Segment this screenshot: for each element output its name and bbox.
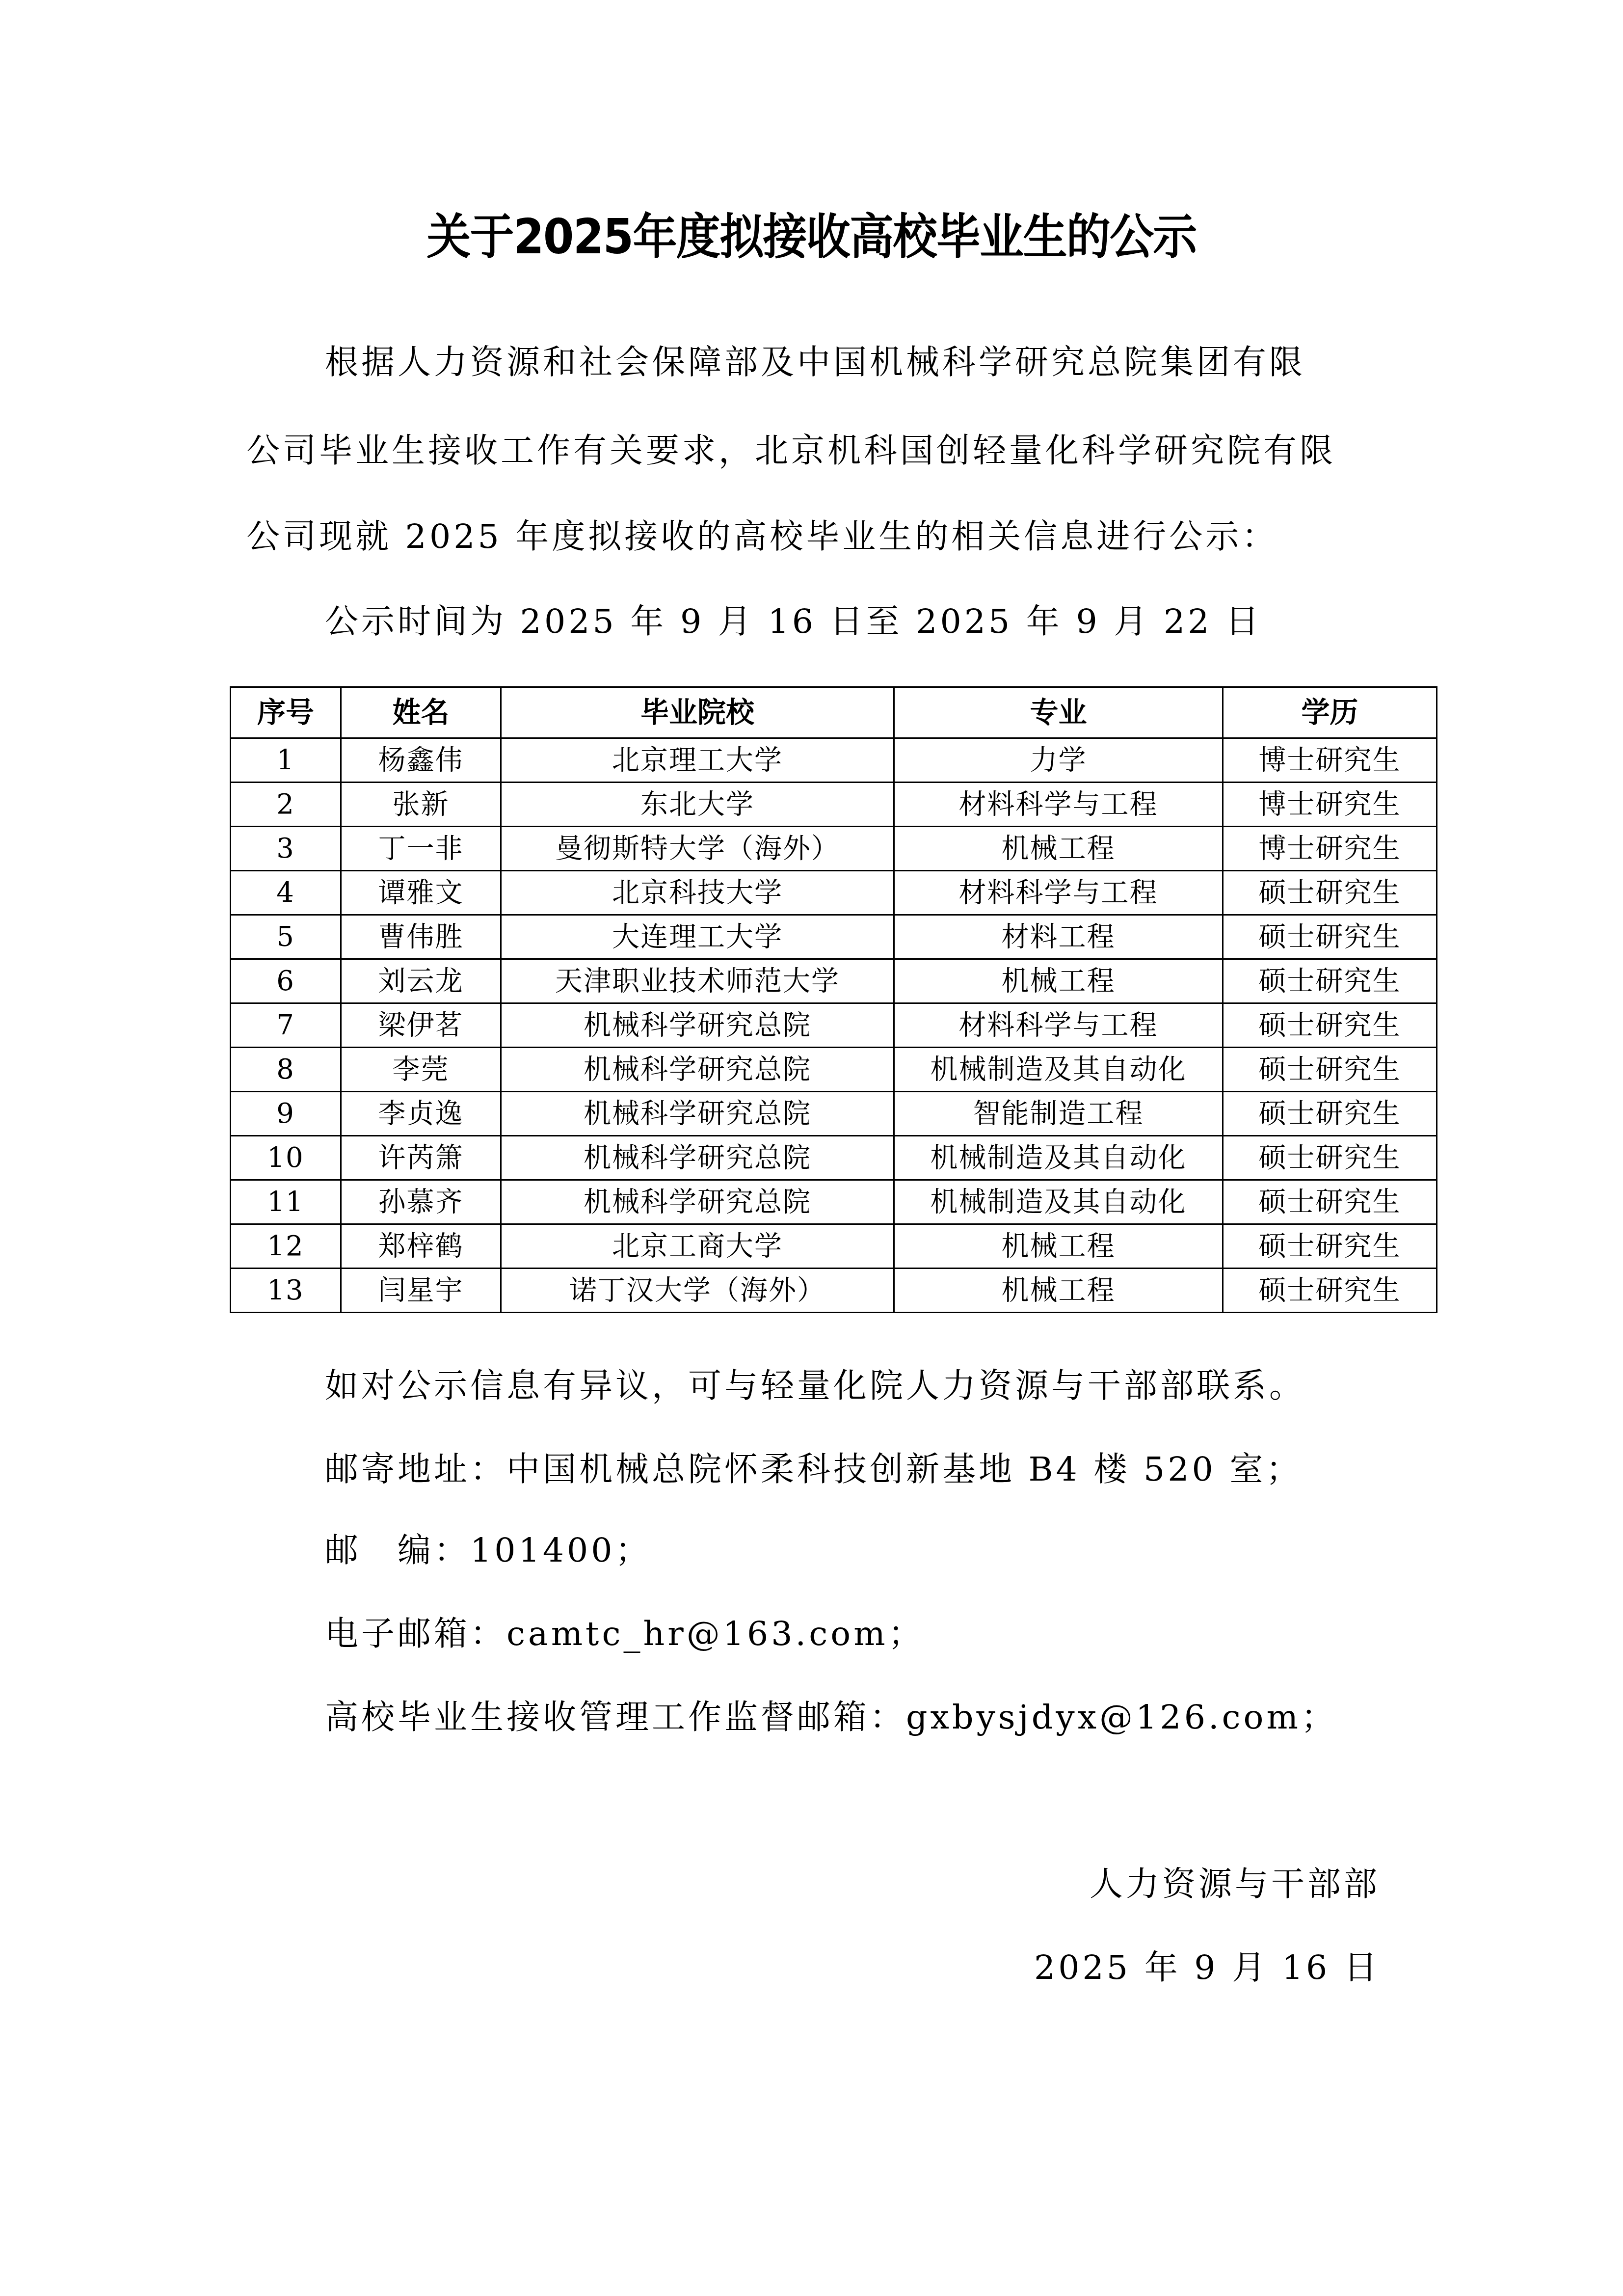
cell-index: 5 xyxy=(231,915,341,959)
cell-major: 机械工程 xyxy=(894,1224,1223,1269)
cell-major: 机械工程 xyxy=(894,1269,1223,1313)
cell-name: 孙慕齐 xyxy=(341,1180,501,1224)
signature-date: 2025 年 9 月 16 日 xyxy=(1034,1949,1380,1987)
cell-degree: 硕士研究生 xyxy=(1223,1003,1437,1048)
cell-major: 机械制造及其自动化 xyxy=(894,1136,1223,1180)
table-header-row: 序号 姓名 毕业院校 专业 学历 xyxy=(231,687,1437,738)
cell-name: 李莞 xyxy=(341,1048,501,1092)
cell-index: 1 xyxy=(231,738,341,783)
cell-major: 力学 xyxy=(894,738,1223,783)
mailing-address: 邮寄地址：中国机械总院怀柔科技创新基地 B4 楼 520 室； xyxy=(325,1451,1454,1489)
cell-degree: 博士研究生 xyxy=(1223,827,1437,871)
cell-degree: 博士研究生 xyxy=(1223,783,1437,827)
table-row: 13闫星宇诺丁汉大学（海外）机械工程硕士研究生 xyxy=(231,1269,1437,1313)
table-row: 6刘云龙天津职业技术师范大学机械工程硕士研究生 xyxy=(231,959,1437,1003)
intro-line-1: 根据人力资源和社会保障部及中国机械科学研究总院集团有限 xyxy=(325,344,1454,382)
cell-school: 机械科学研究总院 xyxy=(501,1003,894,1048)
cell-school: 机械科学研究总院 xyxy=(501,1092,894,1136)
table-row: 2张新东北大学材料科学与工程博士研究生 xyxy=(231,783,1437,827)
cell-school: 北京科技大学 xyxy=(501,871,894,915)
postcode: 邮 编：101400； xyxy=(325,1532,1454,1570)
objection-note: 如对公示信息有异议，可与轻量化院人力资源与干部部联系。 xyxy=(325,1367,1454,1405)
cell-degree: 硕士研究生 xyxy=(1223,871,1437,915)
cell-index: 7 xyxy=(231,1003,341,1048)
cell-degree: 硕士研究生 xyxy=(1223,915,1437,959)
supervision-email: 高校毕业生接收管理工作监督邮箱：gxbysjdyx@126.com； xyxy=(325,1699,1454,1737)
cell-degree: 硕士研究生 xyxy=(1223,1048,1437,1092)
cell-index: 11 xyxy=(231,1180,341,1224)
header-degree: 学历 xyxy=(1223,687,1437,738)
cell-degree: 博士研究生 xyxy=(1223,738,1437,783)
header-school: 毕业院校 xyxy=(501,687,894,738)
cell-degree: 硕士研究生 xyxy=(1223,959,1437,1003)
table-row: 7梁伊茗机械科学研究总院材料科学与工程硕士研究生 xyxy=(231,1003,1437,1048)
cell-school: 北京工商大学 xyxy=(501,1224,894,1269)
header-major: 专业 xyxy=(894,687,1223,738)
table-row: 4谭雅文北京科技大学材料科学与工程硕士研究生 xyxy=(231,871,1437,915)
cell-degree: 硕士研究生 xyxy=(1223,1092,1437,1136)
table-row: 8李莞机械科学研究总院机械制造及其自动化硕士研究生 xyxy=(231,1048,1437,1092)
cell-degree: 硕士研究生 xyxy=(1223,1269,1437,1313)
cell-index: 13 xyxy=(231,1269,341,1313)
cell-major: 智能制造工程 xyxy=(894,1092,1223,1136)
cell-name: 梁伊茗 xyxy=(341,1003,501,1048)
table-row: 1杨鑫伟北京理工大学力学博士研究生 xyxy=(231,738,1437,783)
cell-major: 材料工程 xyxy=(894,915,1223,959)
table-row: 11孙慕齐机械科学研究总院机械制造及其自动化硕士研究生 xyxy=(231,1180,1437,1224)
cell-name: 曹伟胜 xyxy=(341,915,501,959)
cell-index: 2 xyxy=(231,783,341,827)
header-index: 序号 xyxy=(231,687,341,738)
cell-degree: 硕士研究生 xyxy=(1223,1180,1437,1224)
intro-line-2: 公司毕业生接收工作有关要求，北京机科国创轻量化科学研究院有限 xyxy=(246,432,1375,470)
cell-school: 曼彻斯特大学（海外） xyxy=(501,827,894,871)
cell-index: 9 xyxy=(231,1092,341,1136)
header-name: 姓名 xyxy=(341,687,501,738)
cell-school: 机械科学研究总院 xyxy=(501,1048,894,1092)
cell-school: 北京理工大学 xyxy=(501,738,894,783)
cell-major: 机械工程 xyxy=(894,959,1223,1003)
table-row: 12郑梓鹤北京工商大学机械工程硕士研究生 xyxy=(231,1224,1437,1269)
cell-index: 4 xyxy=(231,871,341,915)
cell-index: 6 xyxy=(231,959,341,1003)
cell-name: 张新 xyxy=(341,783,501,827)
cell-school: 天津职业技术师范大学 xyxy=(501,959,894,1003)
cell-name: 李贞逸 xyxy=(341,1092,501,1136)
cell-school: 机械科学研究总院 xyxy=(501,1136,894,1180)
cell-major: 材料科学与工程 xyxy=(894,783,1223,827)
document-title: 关于2025年度拟接收高校毕业生的公示 xyxy=(65,205,1558,269)
intro-line-3: 公司现就 2025 年度拟接收的高校毕业生的相关信息进行公示： xyxy=(246,518,1375,556)
cell-major: 机械制造及其自动化 xyxy=(894,1048,1223,1092)
table-row: 10许芮箫机械科学研究总院机械制造及其自动化硕士研究生 xyxy=(231,1136,1437,1180)
table-row: 5曹伟胜大连理工大学材料工程硕士研究生 xyxy=(231,915,1437,959)
cell-degree: 硕士研究生 xyxy=(1223,1136,1437,1180)
cell-major: 材料科学与工程 xyxy=(894,871,1223,915)
cell-school: 东北大学 xyxy=(501,783,894,827)
contact-email: 电子邮箱：camtc_hr@163.com； xyxy=(325,1615,1454,1653)
table-row: 9李贞逸机械科学研究总院智能制造工程硕士研究生 xyxy=(231,1092,1437,1136)
cell-index: 12 xyxy=(231,1224,341,1269)
cell-index: 10 xyxy=(231,1136,341,1180)
publicity-period: 公示时间为 2025 年 9 月 16 日至 2025 年 9 月 22 日 xyxy=(325,603,1454,641)
cell-name: 郑梓鹤 xyxy=(341,1224,501,1269)
cell-school: 诺丁汉大学（海外） xyxy=(501,1269,894,1313)
cell-name: 丁一非 xyxy=(341,827,501,871)
cell-name: 许芮箫 xyxy=(341,1136,501,1180)
signature-department: 人力资源与干部部 xyxy=(1090,1865,1380,1904)
cell-name: 谭雅文 xyxy=(341,871,501,915)
cell-index: 3 xyxy=(231,827,341,871)
cell-degree: 硕士研究生 xyxy=(1223,1224,1437,1269)
table-row: 3丁一非曼彻斯特大学（海外）机械工程博士研究生 xyxy=(231,827,1437,871)
cell-index: 8 xyxy=(231,1048,341,1092)
cell-major: 机械工程 xyxy=(894,827,1223,871)
cell-name: 闫星宇 xyxy=(341,1269,501,1313)
cell-name: 刘云龙 xyxy=(341,959,501,1003)
cell-school: 机械科学研究总院 xyxy=(501,1180,894,1224)
cell-school: 大连理工大学 xyxy=(501,915,894,959)
cell-name: 杨鑫伟 xyxy=(341,738,501,783)
cell-major: 材料科学与工程 xyxy=(894,1003,1223,1048)
graduates-table: 序号 姓名 毕业院校 专业 学历 1杨鑫伟北京理工大学力学博士研究生2张新东北大… xyxy=(230,686,1437,1313)
cell-major: 机械制造及其自动化 xyxy=(894,1180,1223,1224)
